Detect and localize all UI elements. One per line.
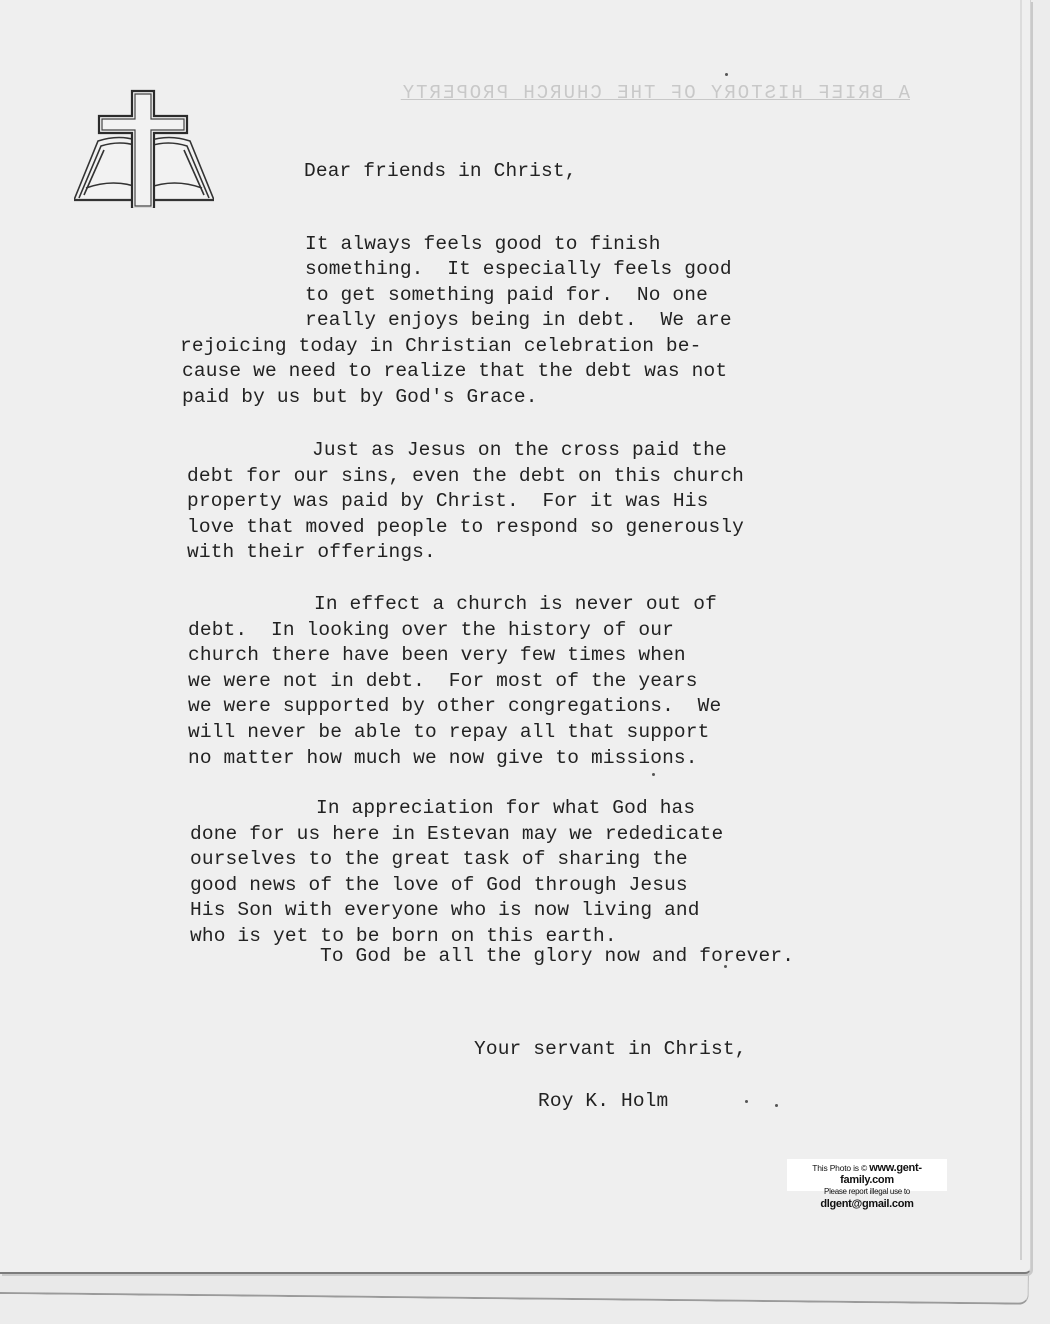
paragraph-line: cause we need to realize that the debt w…: [180, 359, 732, 385]
letter-signoff: Your servant in Christ,: [474, 1037, 747, 1063]
paragraph-3: In effect a church is never out ofdebt. …: [188, 592, 721, 771]
ink-speck: [652, 773, 655, 776]
paragraph-line: In appreciation for what God has: [190, 796, 723, 822]
paragraph-line: debt for our sins, even the debt on this…: [187, 464, 744, 490]
paragraph-line: good news of the love of God through Jes…: [190, 873, 723, 899]
watermark-line-1: This Photo is © www.gent-family.com: [787, 1162, 947, 1186]
letter-salutation: Dear friends in Christ,: [304, 159, 577, 185]
paragraph-line: we were not in debt. For most of the yea…: [188, 669, 721, 695]
letter-signature: Roy K. Holm: [538, 1089, 668, 1115]
page-right-edge: [1020, 0, 1022, 1260]
ink-speck: [725, 73, 728, 76]
ink-speck: [775, 1104, 778, 1107]
closing-line: To God be all the glory now and forever.: [320, 944, 794, 970]
copyright-watermark: This Photo is © www.gent-family.com Plea…: [787, 1159, 947, 1191]
paragraph-2: Just as Jesus on the cross paid thedebt …: [187, 438, 744, 566]
paragraph-line: In effect a church is never out of: [188, 592, 721, 618]
paragraph-line: debt. In looking over the history of our: [188, 618, 721, 644]
bleed-through-heading: A BRIEF HISTORY OF THE CHURCH PROPERTY: [401, 82, 910, 104]
ink-speck: [724, 965, 727, 968]
paragraph-4: In appreciation for what God hasdone for…: [190, 796, 723, 950]
watermark-email: dlgent@gmail.com: [820, 1198, 913, 1210]
watermark-prefix: This Photo is ©: [812, 1163, 869, 1173]
letter-page: A BRIEF HISTORY OF THE CHURCH PROPERTY D…: [0, 0, 1031, 1274]
cross-and-open-bible-icon: [74, 88, 214, 208]
paragraph-line: paid by us but by God's Grace.: [180, 385, 732, 411]
paragraph-line: no matter how much we now give to missio…: [188, 746, 721, 772]
paragraph-line: to get something paid for. No one: [180, 283, 732, 309]
paragraph-line: His Son with everyone who is now living …: [190, 898, 723, 924]
paragraph-1-line-1: It always feels good to finish: [305, 232, 661, 258]
paragraph-line: Just as Jesus on the cross paid the: [187, 438, 744, 464]
paragraph-line: really enjoys being in debt. We are: [180, 308, 732, 334]
paragraph-line: love that moved people to respond so gen…: [187, 515, 744, 541]
paragraph-line: church there have been very few times wh…: [188, 643, 721, 669]
paragraph-line: we were supported by other congregations…: [188, 694, 721, 720]
watermark-line-2: Please report illegal use to dlgent@gmai…: [787, 1186, 947, 1211]
paragraph-line: will never be able to repay all that sup…: [188, 720, 721, 746]
ink-speck: [745, 1100, 748, 1103]
watermark-report-text: Please report illegal use to: [824, 1187, 910, 1196]
paragraph-line: done for us here in Estevan may we reded…: [190, 822, 723, 848]
paragraph-line: rejoicing today in Christian celebration…: [180, 334, 732, 360]
paragraph-line: property was paid by Christ. For it was …: [187, 489, 744, 515]
paragraph-line: ourselves to the great task of sharing t…: [190, 847, 723, 873]
paragraph-line: with their offerings.: [187, 540, 744, 566]
paragraph-line: something. It especially feels good: [180, 257, 732, 283]
paragraph-1-body: something. It especially feels goodto ge…: [180, 257, 732, 411]
